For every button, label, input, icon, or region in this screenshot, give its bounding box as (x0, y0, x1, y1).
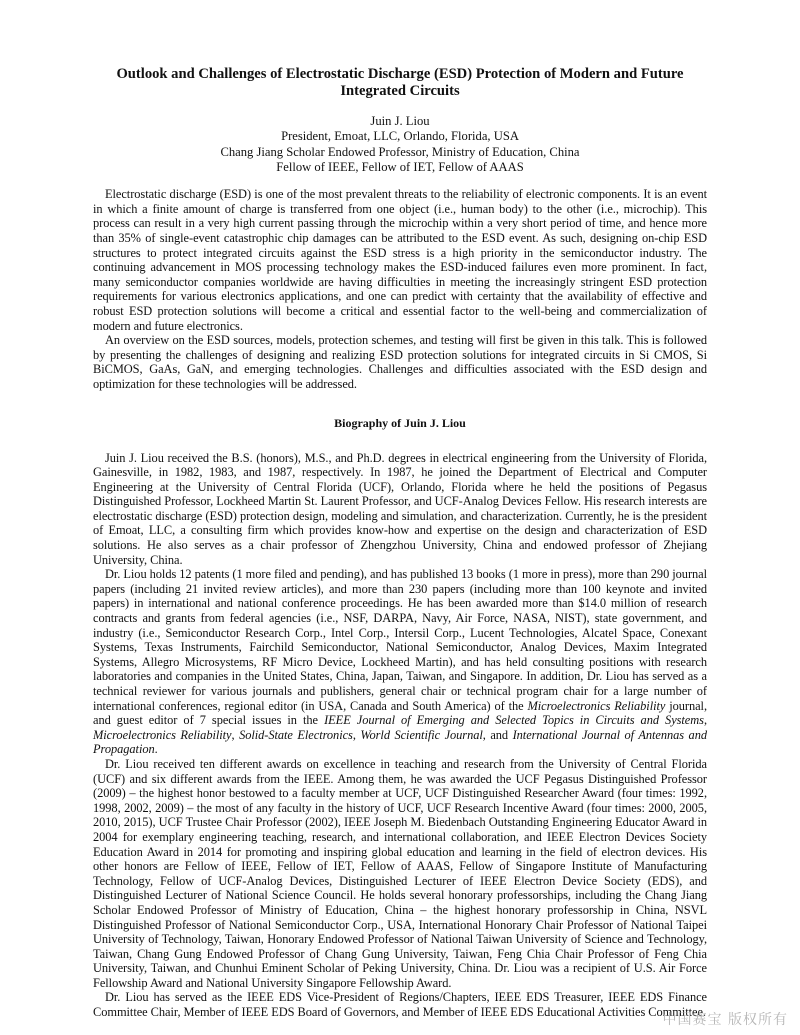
author-fellowships: Fellow of IEEE, Fellow of IET, Fellow of… (93, 160, 707, 175)
journal-title: IEEE Journal of Emerging and Selected To… (324, 713, 704, 727)
biography: Juin J. Liou received the B.S. (honors),… (93, 451, 707, 1020)
biography-paragraph-2: Dr. Liou holds 12 patents (1 more filed … (93, 567, 707, 757)
abstract: Electrostatic discharge (ESD) is one of … (93, 187, 707, 391)
author-affiliation-2: Chang Jiang Scholar Endowed Professor, M… (93, 145, 707, 160)
journal-title: Microelectronics Reliability (93, 728, 232, 742)
author-affiliation-1: President, Emoat, LLC, Orlando, Florida,… (93, 129, 707, 144)
separator: , (704, 713, 707, 727)
biography-heading: Biography of Juin J. Liou (93, 416, 707, 431)
separator: , and (483, 728, 513, 742)
biography-paragraph-3: Dr. Liou received ten different awards o… (93, 757, 707, 991)
separator: , (232, 728, 240, 742)
biography-paragraph-1: Juin J. Liou received the B.S. (honors),… (93, 451, 707, 568)
journal-title: Microelectronics Reliability (527, 699, 665, 713)
abstract-paragraph-1: Electrostatic discharge (ESD) is one of … (93, 187, 707, 333)
author-block: Juin J. Liou President, Emoat, LLC, Orla… (93, 114, 707, 175)
journal-title: Solid-State Electronics (239, 728, 353, 742)
journal-title: World Scientific Journal (360, 728, 482, 742)
document-title: Outlook and Challenges of Electrostatic … (93, 66, 707, 100)
document-page: Outlook and Challenges of Electrostatic … (93, 66, 707, 1020)
bio-p2-text-a: Dr. Liou holds 12 patents (1 more filed … (93, 567, 707, 712)
copyright-watermark: 中国赛宝 版权所有 (663, 1009, 788, 1029)
separator: . (155, 742, 158, 756)
abstract-paragraph-2: An overview on the ESD sources, models, … (93, 333, 707, 391)
biography-paragraph-4: Dr. Liou has served as the IEEE EDS Vice… (93, 990, 707, 1019)
author-name: Juin J. Liou (93, 114, 707, 129)
